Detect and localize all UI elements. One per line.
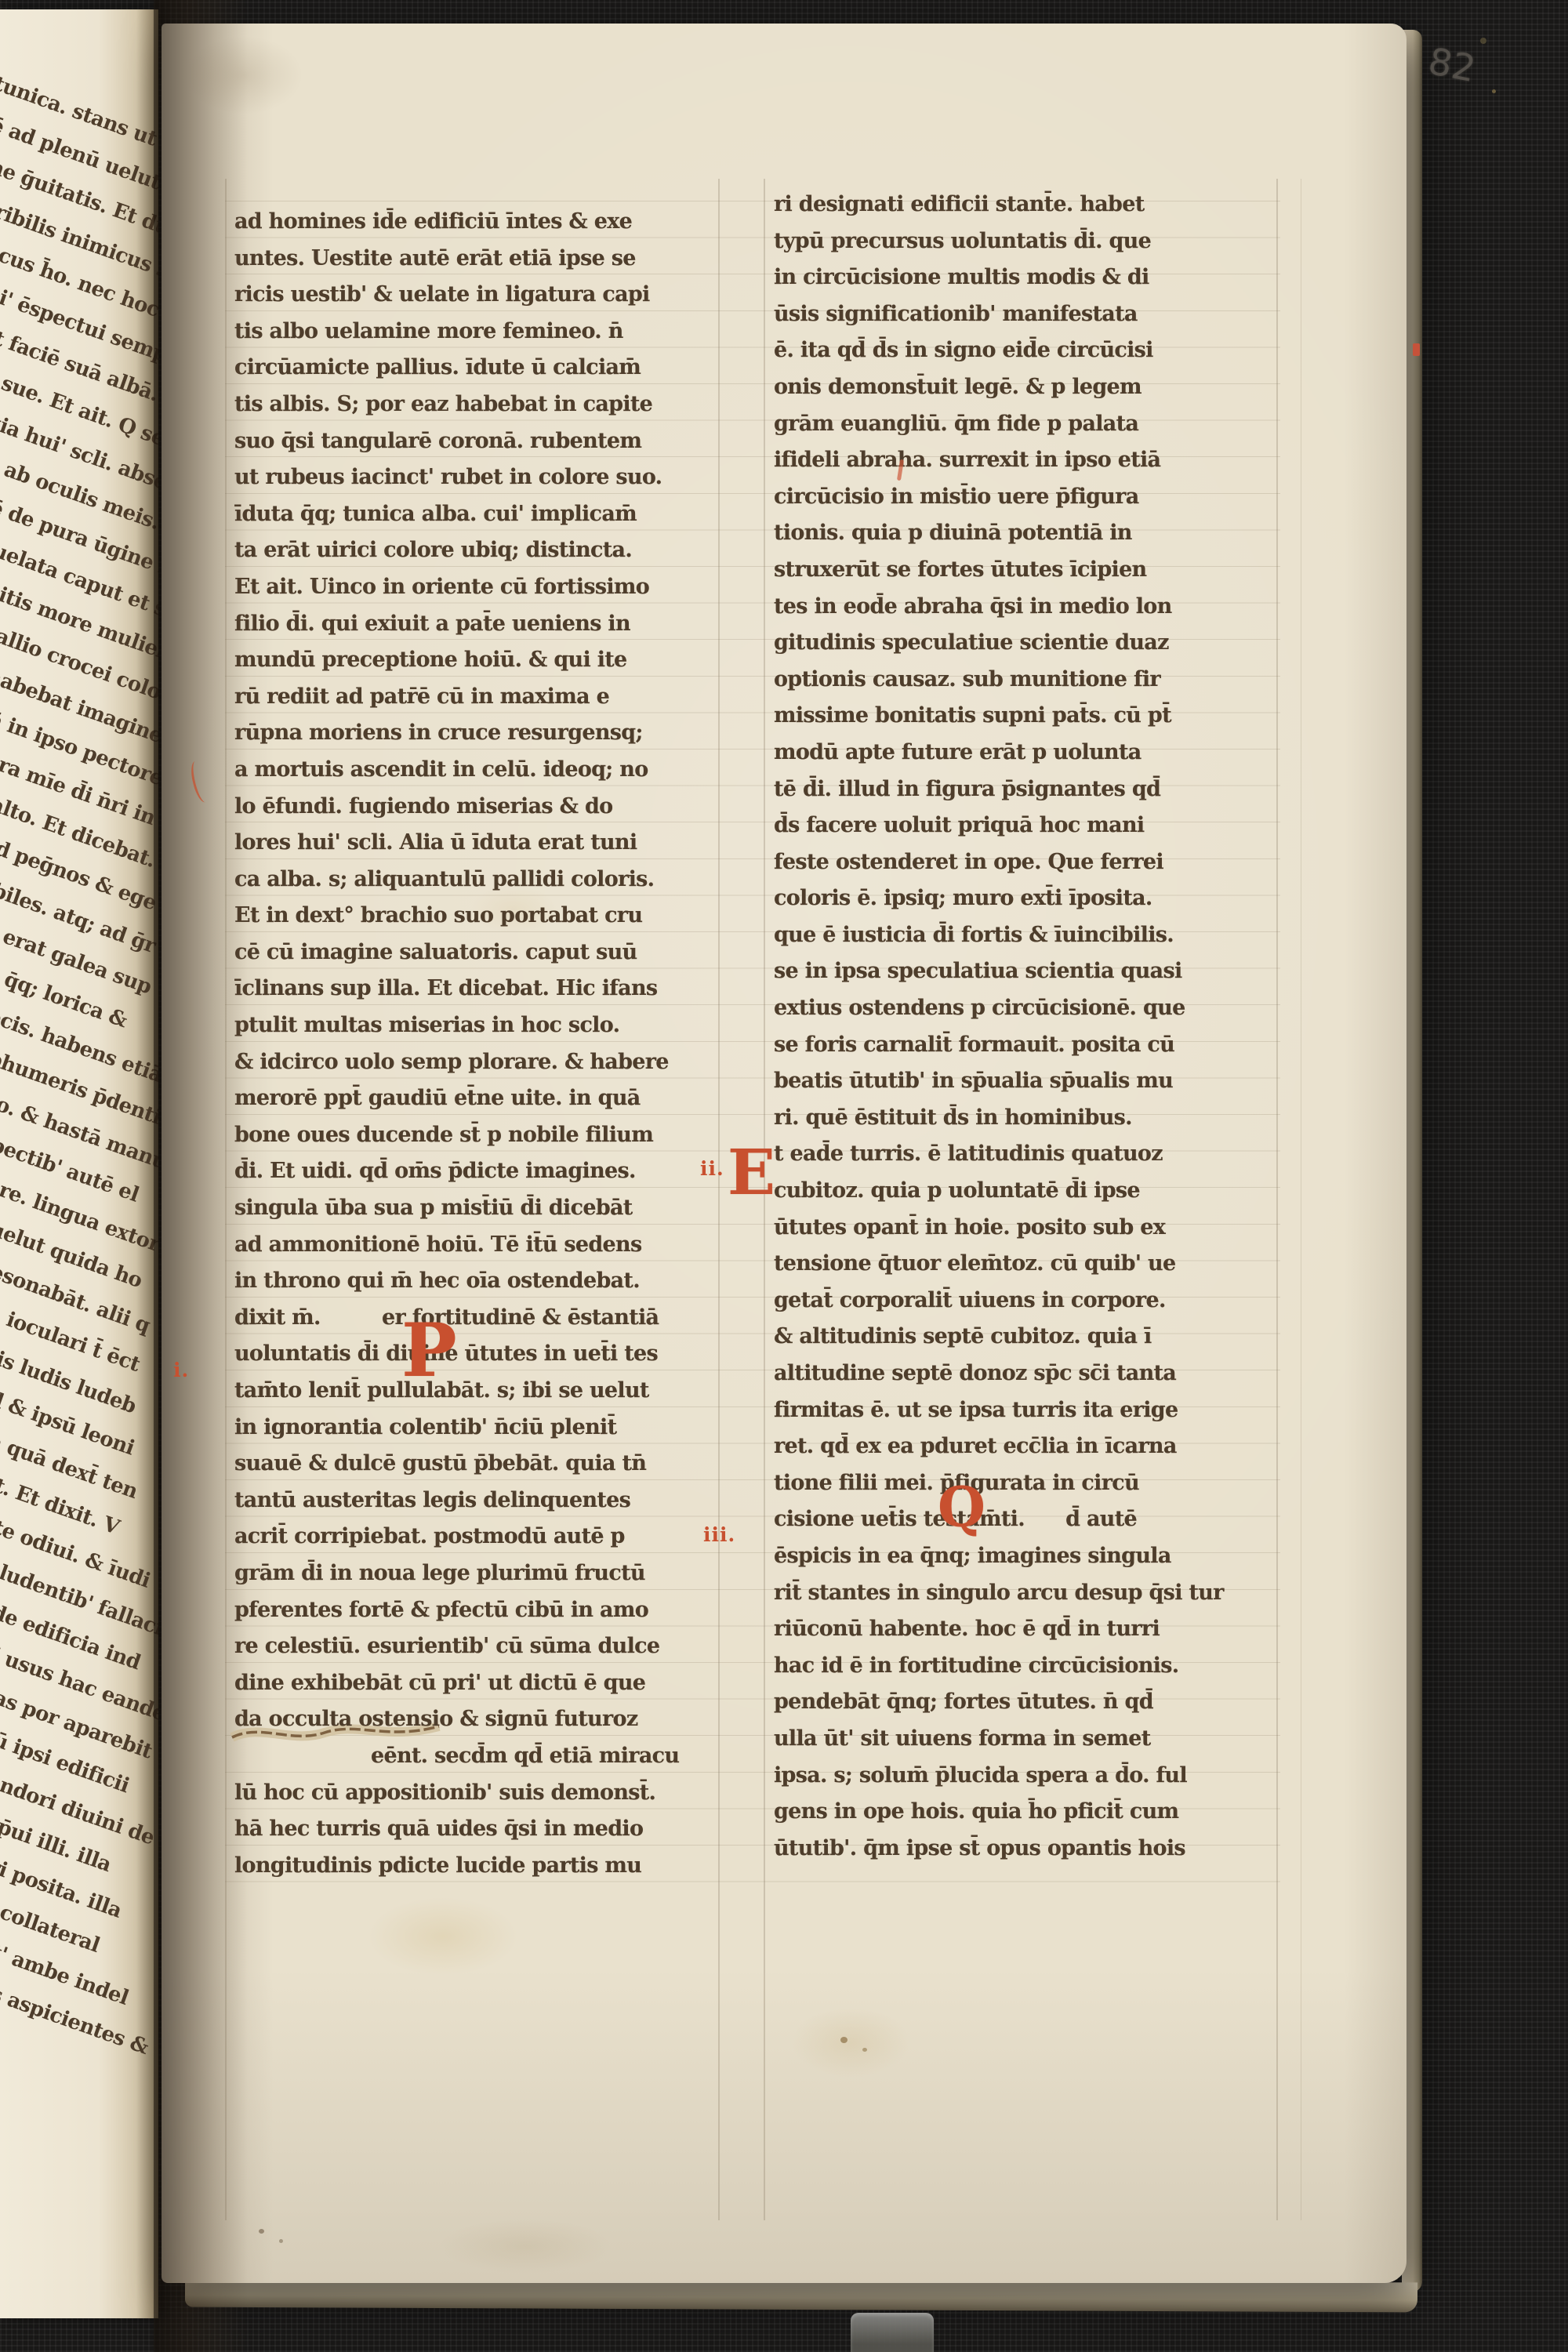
manuscript-line: ad ammonitionē hoiū. Tē it̄ū sedens <box>234 1227 722 1264</box>
manuscript-line: longitudinis pdicte lucide partis mu <box>234 1848 722 1885</box>
manuscript-line: lores hui' scli. Alia ū īduta erat tun… <box>234 825 722 862</box>
manuscript-line: Et in dext° brachio suo portabat cru <box>234 898 722 935</box>
manuscript-line: ēspicis in ea q̄nq; imagines singula <box>774 1538 1283 1575</box>
ink-speck <box>862 2048 867 2052</box>
manuscript-line: da occulta ostensio & signū futuroz <box>234 1701 722 1738</box>
manuscript-line: optionis causaz. sub munitione fir <box>774 662 1283 699</box>
manuscript-line: suauē & dulcē gustū p̄bebāt. quia tn… <box>234 1446 722 1483</box>
manuscript-line: riūconū habente. hoc ē qd̄ in turri <box>774 1611 1283 1648</box>
manuscript-line: in throno qui m̄ hec oīa ostendebat. <box>234 1263 722 1300</box>
manuscript-line: ca alba. s; aliquantulū pallidi coloris… <box>234 862 722 898</box>
manuscript-line: se in ipsa speculatiua scientia quasi <box>774 953 1283 990</box>
rubric-initial-E: E <box>728 1141 775 1203</box>
manuscript-line: & altitudinis septē cubitoz. quia ī <box>774 1319 1283 1356</box>
manuscript-line: tensione q̄tuor elem̄toz. cū quib' ue <box>774 1246 1283 1283</box>
manuscript-line: ipsa. s; solum̄ p̄lucida spera a d̄o. fu… <box>774 1758 1283 1795</box>
manuscript-line: ad homines id̄e edificiū īntes & exe <box>234 204 722 241</box>
ink-speck <box>840 2037 848 2043</box>
manuscript-line: getat̄ corporalit̄ uiuens in corpore. <box>774 1283 1283 1319</box>
manuscript-line: īduta q̄q; tunica alba. cui' implicam̄ <box>234 496 722 533</box>
manuscript-line: modū apte future erāt p uolunta <box>774 735 1283 771</box>
manuscript-line: tis albo uelamine more femineo. n̄ <box>234 314 722 350</box>
manuscript-line: tantū austeritas legis delinquentes <box>234 1483 722 1519</box>
manuscript-line: circūcisio in mist̄io uere p̄figura <box>774 479 1283 516</box>
left-text-column: ad homines id̄e edificiū īntes & exeun… <box>234 204 722 1884</box>
manuscript-line: a mortuis ascendit in celū. ideoq; no <box>234 752 722 789</box>
manuscript-line: ri. quē ēstituit d̄s in hominibus. <box>774 1100 1283 1137</box>
manuscript-line: tē d̄i. illud in figura p̄signantes qd̄ <box>774 771 1283 808</box>
right-text-column: ri designati edificii stant̄e. habettypu… <box>774 187 1283 1867</box>
manuscript-line: ret. qd̄ ex ea pduret ecc̄lia in īcarna <box>774 1428 1283 1465</box>
manuscript-line: feste ostenderet in ope. Que ferrei <box>774 844 1283 881</box>
marginal-numeral-i: i. <box>173 1359 189 1381</box>
manuscript-line: & idcirco uolo semp plorare. & habere <box>234 1044 722 1081</box>
manuscript-line: ūtutib'. q̄m ipse st̄ opus opantis hois <box>774 1831 1283 1867</box>
manuscript-line: lo ēfundi. fugiendo miserias & do <box>234 789 722 826</box>
manuscript-line: acrit̄ corripiebat. postmodū autē p <box>234 1519 722 1555</box>
previous-page-text: urta tunica. stans ut un̄dū ē ad plenu… <box>0 44 158 1998</box>
manuscript-line: cisione uet̄is testam̄ti. d̄ autē <box>774 1501 1283 1538</box>
manuscript-line: ulla ūt' sit uiuens forma in semet <box>774 1721 1283 1758</box>
manuscript-line: grām euangliū. q̄m fide p palata <box>774 406 1283 443</box>
manuscript-line: gitudinis speculatiue scientie duaz <box>774 625 1283 662</box>
manuscript-line: rū rediit ad patr̄ē cū in maxima e <box>234 679 722 716</box>
manuscript-line: ptulit multas miserias in hoc sclo. <box>234 1007 722 1044</box>
manuscript-line: lū hoc cū appositionib' suis demonst̄. <box>234 1775 722 1812</box>
ink-speck <box>279 2239 283 2243</box>
manuscript-line: cē cū imagine saluatoris. caput suū <box>234 935 722 971</box>
manuscript-line: ri designati edificii stant̄e. habet <box>774 187 1283 223</box>
manuscript-line: d̄s facere uoluit priquā hoc mani <box>774 808 1283 844</box>
manuscript-line: suo q̄si tangularē coronā. rubentem <box>234 423 722 460</box>
manuscript-line: gens in ope hois. quia h̄o pficit̄ cum <box>774 1794 1283 1831</box>
manuscript-line: tes in eod̄e abraha q̄si in medio lon <box>774 589 1283 626</box>
manuscript-line: typū precursus uoluntatis d̄i. que <box>774 223 1283 260</box>
manuscript-line: tam̄to lenit̄ pullulabāt. s; ibi se uel… <box>234 1373 722 1410</box>
manuscript-line: altitudine septē donoz sp̄c sc̄i tanta <box>774 1356 1283 1392</box>
vertical-ruling <box>225 179 227 2220</box>
manuscript-line: t ead̄e turris. ē latitudinis quatuoz <box>774 1136 1283 1173</box>
marginal-numeral-ii: ii. <box>700 1157 724 1180</box>
manuscript-line: circūamicte pallius. īdute ū calciam̄ <box>234 350 722 387</box>
ink-speck <box>1492 89 1496 93</box>
manuscript-line: mundū preceptione hoiū. & qui ite <box>234 642 722 679</box>
manuscript-line: ūtutes opant̄ in hoie. posito sub ex <box>774 1210 1283 1247</box>
manuscript-line: missime bonitatis supni pat̄s. cū pt̄ <box>774 698 1283 735</box>
manuscript-line: merorē ppt̄ gaudiū et̄ne uite. in quā <box>234 1080 722 1117</box>
marginal-numeral-iii: iii. <box>703 1523 735 1546</box>
manuscript-line: tis albis. S; por eaz habebat in capite <box>234 387 722 423</box>
manuscript-line: in circūcisione multis modis & di <box>774 260 1283 296</box>
red-edge-mark <box>1413 343 1420 356</box>
manuscript-line: untes. Uestite autē erāt etiā ipse se <box>234 241 722 278</box>
manuscript-line: ta erāt uirici colore ubiq; distincta. <box>234 532 722 569</box>
manuscript-line: Et ait. Uinco in oriente cū fortissimo <box>234 569 722 606</box>
rubric-initial-Q: Q <box>938 1480 985 1535</box>
manuscript-line: hā hec turris quā uides q̄si in medio <box>234 1811 722 1848</box>
rubric-initial-P: P <box>401 1314 457 1388</box>
manuscript-line: coloris ē. ipsiq; muro ext̄i īposita. <box>774 880 1283 917</box>
manuscript-line: cubitoz. quia p uoluntatē d̄i ipse <box>774 1173 1283 1210</box>
manuscript-line: pferentes fortē & pfectū cibū in amo <box>234 1592 722 1629</box>
manuscript-line: firmitas ē. ut se ipsa turris ita erige <box>774 1392 1283 1429</box>
manuscript-photo: { "folio_number": "82", "colors": { "par… <box>0 0 1568 2352</box>
manuscript-line: in ignorantia colentib' n̄ciū plenit̄ <box>234 1410 722 1446</box>
manuscript-line: ifideli abraha. surrexit in ipso etiā <box>774 442 1283 479</box>
ink-speck <box>259 2229 264 2234</box>
manuscript-line: uoluntatis d̄i diuine ūtutes in uet̄i t… <box>234 1336 722 1373</box>
manuscript-line: ūsis significationib' manifestata <box>774 296 1283 333</box>
manuscript-line: d̄i. Et uidi. qd̄ om̄s p̄dicte imagines. <box>234 1153 722 1190</box>
vertical-ruling <box>1301 179 1301 2220</box>
manuscript-line: dixit m̄. er fortitudinē & ēstantiā <box>234 1300 722 1337</box>
manuscript-line: struxerūt se fortes ūtutes īcipien <box>774 552 1283 589</box>
manuscript-line: eēnt. secd̄m qd̄ etiā miracu <box>234 1738 722 1775</box>
manuscript-line: tione filii mei. p̄figurata in circū <box>774 1465 1283 1502</box>
ink-speck <box>1480 38 1486 44</box>
manuscript-line: beatis ūtutib' in sp̄ualia sp̄ualis mu <box>774 1063 1283 1100</box>
manuscript-line: rit̄ stantes in singulo arcu desup q̄si … <box>774 1575 1283 1612</box>
book-cradle-clamp <box>851 2313 934 2352</box>
manuscript-line: onis demonst̄uit legē. & p legem <box>774 369 1283 406</box>
manuscript-line: singula ūba sua p mist̄iū d̄i dicebāt <box>234 1190 722 1227</box>
previous-page-edge: urta tunica. stans ut un̄dū ē ad plenu… <box>0 9 158 2318</box>
manuscript-line: grām d̄i in noua lege plurimū fructū <box>234 1555 722 1592</box>
manuscript-line: dine exhibebāt cū pri' ut dictū ē qu… <box>234 1665 722 1702</box>
manuscript-line: se foris carnalit̄ formauit. posita cū <box>774 1027 1283 1064</box>
manuscript-line: filio d̄i. qui exiuit a pat̄e ueniens in <box>234 606 722 643</box>
manuscript-line: īclinans sup illa. Et dicebat. Hic ifan… <box>234 971 722 1007</box>
manuscript-line: bone oues ducende st̄ p nobile filium <box>234 1117 722 1154</box>
manuscript-line: pendebāt q̄nq; fortes ūtutes. n̄ qd̄ <box>774 1684 1283 1721</box>
manuscript-line: tionis. quia p diuinā potentiā in <box>774 515 1283 552</box>
manuscript-line: extius ostendens p circūcisionē. que <box>774 990 1283 1027</box>
manuscript-line: rūpna moriens in cruce resurgensq; <box>234 715 722 752</box>
manuscript-line: ē. ita qd̄ d̄s in signo eid̄e circūcis… <box>774 332 1283 369</box>
manuscript-line: re celestiū. esurientib' cū sūma dulc… <box>234 1628 722 1665</box>
folio-number: 82 <box>1425 40 1479 91</box>
manuscript-line: hac id ē in fortitudine circūcisionis. <box>774 1648 1283 1685</box>
manuscript-line: ut rubeus iacinct' rubet in colore suo. <box>234 459 722 496</box>
manuscript-line: que ē iusticia d̄i fortis & īuincibili… <box>774 917 1283 954</box>
manuscript-line: ricis uestib' & uelate in ligatura capi <box>234 277 722 314</box>
